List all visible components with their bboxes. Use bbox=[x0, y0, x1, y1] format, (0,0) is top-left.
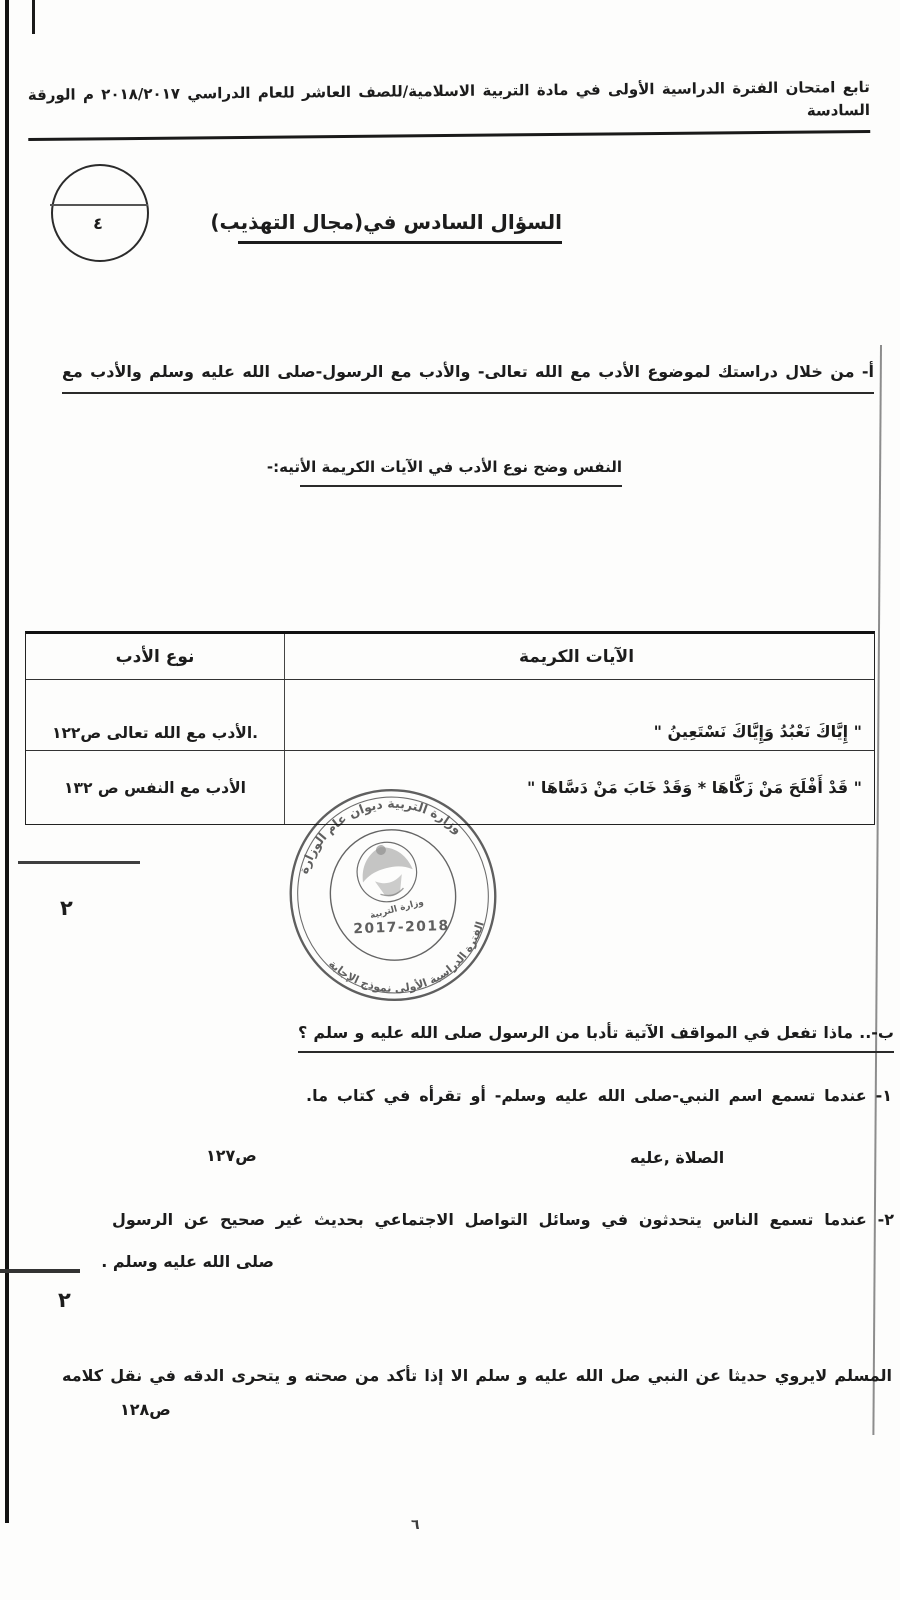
question-a-line-1: أ- من خلال دراستك لموضوع الأدب مع الله ت… bbox=[62, 362, 874, 394]
stamp-ministry-text: وزارة التربية bbox=[369, 897, 425, 921]
adab-type-cell: الأدب مع النفس ص ١٣٢ bbox=[26, 751, 284, 824]
score-circle-divider-line bbox=[50, 204, 148, 206]
question-a-line-2: النفس وضح نوع الأدب في الآيات الكريمة ال… bbox=[300, 458, 622, 487]
grade-line bbox=[18, 861, 140, 864]
score-circle bbox=[51, 164, 149, 262]
adab-type-cell: .الأدب مع الله تعالى ص١٢٢ bbox=[26, 680, 284, 750]
answer-1-text: الصلاة ,عليه bbox=[630, 1148, 724, 1167]
answer-2-page-ref: ص١٢٨ bbox=[120, 1400, 171, 1419]
table-header-row: الآيات الكريمة نوع الأدب bbox=[26, 634, 874, 679]
stamp-years-text: 2017-2018 bbox=[353, 918, 450, 937]
page-number: ٦ bbox=[411, 1517, 420, 1533]
stamp-emblem-circle bbox=[350, 836, 423, 909]
question-b-item-2-line-2: صلى الله عليه وسلم . bbox=[112, 1252, 274, 1271]
question-b-item-2-line-1: ٢- عندما تسمع الناس يتحدثون في وسائل الت… bbox=[112, 1210, 894, 1229]
grade-line bbox=[0, 1269, 80, 1273]
table-header-verses: الآيات الكريمة bbox=[284, 634, 874, 679]
answer-1-page-ref: ص١٢٧ bbox=[206, 1146, 257, 1165]
table-header-type: نوع الأدب bbox=[26, 634, 284, 679]
exam-header: تابع امتحان الفترة الدراسية الأولى في ما… bbox=[28, 76, 871, 141]
top-left-tick-mark bbox=[32, 0, 35, 34]
grade-mark: ٢ bbox=[60, 896, 73, 920]
table-row: " إِيَّاكَ نَعْبُدُ وَإِيَّاكَ نَسْتَعِي… bbox=[26, 679, 874, 750]
grade-mark: ٢ bbox=[58, 1288, 71, 1312]
answer-2-text: المسلم لايروي حديثا عن النبي صل الله علي… bbox=[62, 1366, 892, 1385]
scanned-exam-page: تابع امتحان الفترة الدراسية الأولى في ما… bbox=[0, 0, 900, 1600]
right-scan-border-line bbox=[872, 345, 882, 1435]
verse-cell: " إِيَّاكَ نَعْبُدُ وَإِيَّاكَ نَسْتَعِي… bbox=[284, 680, 874, 750]
question-title: السؤال السادس في(مجال التهذيب) bbox=[238, 210, 562, 244]
score-value: ٤ bbox=[60, 214, 136, 233]
question-b-heading: ب-.. ماذا تفعل في المواقف الآتية تأدبا م… bbox=[298, 1023, 894, 1053]
question-b-item-1: ١- عندما تسمع اسم النبي-صلى الله عليه وس… bbox=[306, 1086, 892, 1105]
left-scan-border-line bbox=[5, 0, 9, 1523]
